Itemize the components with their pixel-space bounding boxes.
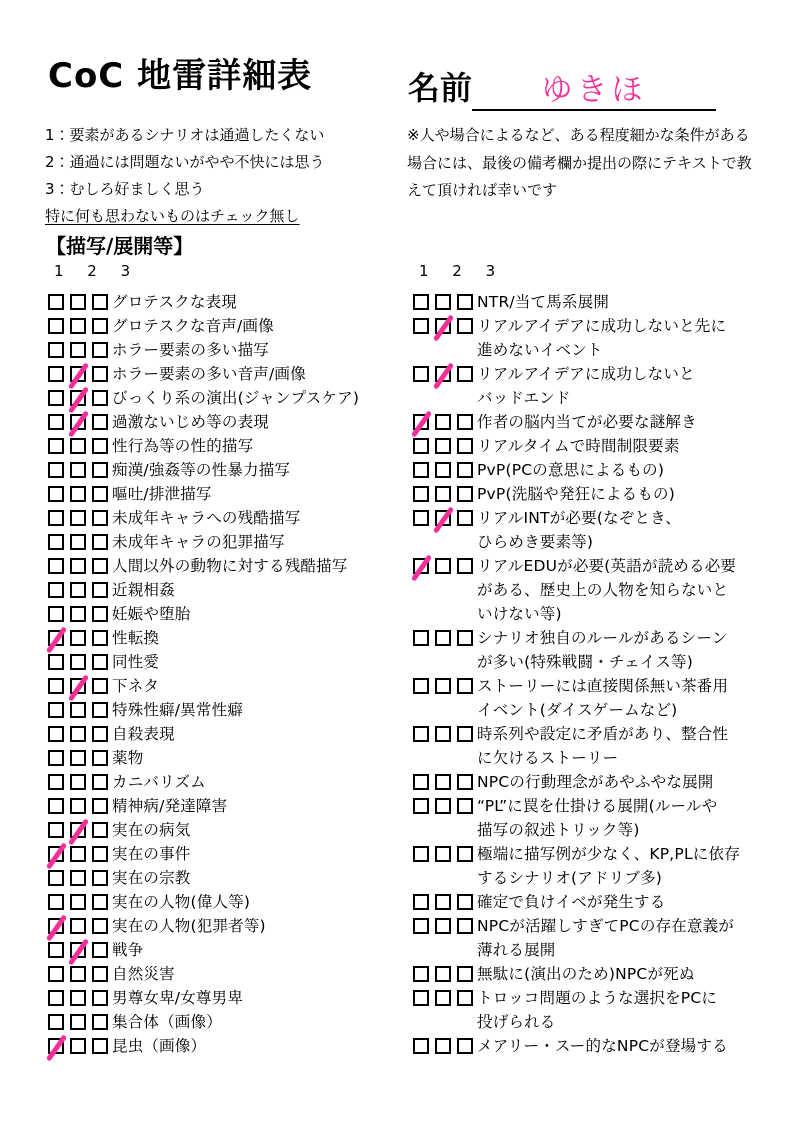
legend-line-3: 3：むしろ好ましく思う [45, 176, 325, 203]
checkbox-group [48, 890, 112, 910]
checkbox-1[interactable] [48, 726, 64, 742]
checkbox-2[interactable] [70, 870, 86, 886]
item-label: 男尊女卑/女尊男卑 [112, 986, 243, 1010]
checkbox-1[interactable] [48, 750, 64, 766]
item-label: リアルアイデアに成功しないと先に進めないイベント [477, 314, 726, 362]
item-label: NPCが活躍しすぎてPCの存在意義が薄れる展開 [477, 914, 734, 962]
checkbox-group [48, 530, 112, 550]
checkbox-1[interactable] [48, 918, 64, 934]
note-line-2: 場合には、最後の備考欄か提出の際にテキストで教 [407, 150, 787, 178]
checkbox-3[interactable] [92, 702, 108, 718]
checkbox-1[interactable] [413, 918, 429, 934]
checkbox-group [48, 770, 112, 790]
checkbox-2[interactable] [70, 774, 86, 790]
checklist-row: シナリオ独自のルールがあるシーンが多い(特殊戦闘・チェイス等) [413, 626, 788, 674]
checklist-row: 作者の脳内当てが必要な謎解き [413, 410, 788, 434]
item-label: PvP(PCの意思によるもの) [477, 458, 664, 482]
item-label: 近親相姦 [112, 578, 175, 602]
checkbox-2[interactable] [70, 990, 86, 1006]
checkbox-3[interactable] [92, 438, 108, 454]
checkmark-icon [433, 362, 454, 389]
checkbox-group [48, 818, 112, 838]
checkbox-2[interactable] [70, 318, 86, 334]
checkbox-1[interactable] [48, 414, 64, 430]
item-label: “PL”に罠を仕掛ける展開(ルールや描写の叙述トリック等) [477, 794, 717, 842]
checkbox-1[interactable] [413, 486, 429, 502]
item-label: 戦争 [112, 938, 143, 962]
checkbox-group [413, 290, 477, 310]
checkbox-2[interactable] [70, 462, 86, 478]
checkbox-1[interactable] [413, 630, 429, 646]
checkbox-2[interactable] [70, 486, 86, 502]
checkbox-group [48, 410, 112, 430]
checkbox-group [48, 938, 112, 958]
item-label: びっくり系の演出(ジャンプスケア) [112, 386, 359, 410]
checkbox-1[interactable] [413, 558, 429, 574]
checklist-row: 嘔吐/排泄描写 [48, 482, 413, 506]
checkbox-1[interactable] [413, 414, 429, 430]
item-label: リアルEDUが必要(英語が読める必要がある、歴史上の人物を知らないといけない等) [477, 554, 736, 626]
checklist-row: NTR/当て馬系展開 [413, 290, 788, 314]
checkbox-3[interactable] [92, 462, 108, 478]
item-label: 実在の宗教 [112, 866, 191, 890]
checkbox-group [413, 962, 477, 982]
checkbox-3[interactable] [457, 726, 473, 742]
checkbox-2[interactable] [435, 462, 451, 478]
checklist-row: リアルEDUが必要(英語が読める必要がある、歴史上の人物を知らないといけない等) [413, 554, 788, 626]
checkbox-group [48, 458, 112, 478]
checklist-rows-right: NTR/当て馬系展開リアルアイデアに成功しないと先に進めないイベントリアルアイデ… [413, 290, 788, 1058]
checkbox-2[interactable] [435, 918, 451, 934]
checkbox-1[interactable] [413, 894, 429, 910]
checkbox-group [48, 698, 112, 718]
rating-legend: 1：要素があるシナリオは通過したくない 2：通過には問題ないがやや不快には思う … [45, 122, 325, 230]
checkbox-3[interactable] [457, 678, 473, 694]
checkmark-icon [433, 314, 454, 341]
checklist-row: リアルアイデアに成功しないとバッドエンド [413, 362, 788, 410]
item-label: グロテスクな表現 [112, 290, 237, 314]
checkbox-1[interactable] [48, 318, 64, 334]
checkbox-2[interactable] [70, 966, 86, 982]
item-label: 実在の事件 [112, 842, 191, 866]
checkbox-2[interactable] [70, 654, 86, 670]
checkbox-2[interactable] [435, 318, 451, 334]
checklist-row: 薬物 [48, 746, 413, 770]
section-title: 【描写/展開等】 [46, 230, 193, 259]
checkbox-group [48, 794, 112, 814]
checklist-row: 時系列や設定に矛盾があり、整合性に欠けるストーリー [413, 722, 788, 770]
checkbox-1[interactable] [48, 678, 64, 694]
item-label: 実在の人物(犯罪者等) [112, 914, 266, 938]
checkbox-3[interactable] [457, 894, 473, 910]
checkbox-1[interactable] [48, 486, 64, 502]
checkbox-group [48, 986, 112, 1006]
checklist-row: PvP(洗脳や発狂によるもの) [413, 482, 788, 506]
checkbox-2[interactable] [70, 846, 86, 862]
checkbox-3[interactable] [92, 294, 108, 310]
checkbox-1[interactable] [48, 702, 64, 718]
checkbox-group [48, 650, 112, 670]
checkbox-3[interactable] [92, 942, 108, 958]
checkbox-2[interactable] [435, 558, 451, 574]
checkbox-2[interactable] [70, 414, 86, 430]
checkbox-2[interactable] [70, 366, 86, 382]
note-line-3: えて頂ければ幸いです [407, 177, 787, 205]
checklist-row: 自然災害 [48, 962, 413, 986]
checkbox-group [48, 434, 112, 454]
checklist-row: 未成年キャラへの残酷描写 [48, 506, 413, 530]
checkbox-3[interactable] [92, 798, 108, 814]
checkbox-2[interactable] [70, 630, 86, 646]
item-label: 同性愛 [112, 650, 159, 674]
item-label: 未成年キャラの犯罪描写 [112, 530, 285, 554]
checkbox-3[interactable] [92, 366, 108, 382]
item-label: カニバリズム [112, 770, 206, 794]
checkbox-2[interactable] [70, 1014, 86, 1030]
checkbox-group [48, 626, 112, 646]
checkbox-1[interactable] [48, 606, 64, 622]
checkbox-3[interactable] [92, 630, 108, 646]
item-label: 自然災害 [112, 962, 175, 986]
checkbox-3[interactable] [92, 534, 108, 550]
checkbox-group [48, 506, 112, 526]
checkbox-group [48, 722, 112, 742]
checkbox-3[interactable] [92, 558, 108, 574]
checkbox-3[interactable] [457, 798, 473, 814]
checkbox-2[interactable] [435, 294, 451, 310]
legend-note: 特に何も思わないものはチェック無し [45, 203, 325, 230]
checklist-row: リアルアイデアに成功しないと先に進めないイベント [413, 314, 788, 362]
checkbox-3[interactable] [92, 1014, 108, 1030]
checkbox-3[interactable] [92, 990, 108, 1006]
checkbox-group [413, 434, 477, 454]
item-label: 時系列や設定に矛盾があり、整合性に欠けるストーリー [477, 722, 728, 770]
checkbox-1[interactable] [413, 510, 429, 526]
checklist-row: 男尊女卑/女尊男卑 [48, 986, 413, 1010]
checkbox-1[interactable] [413, 462, 429, 478]
checkbox-3[interactable] [92, 606, 108, 622]
checkbox-group [413, 1034, 477, 1054]
checkbox-2[interactable] [70, 798, 86, 814]
checkbox-1[interactable] [48, 366, 64, 382]
checkbox-1[interactable] [413, 774, 429, 790]
name-input[interactable]: ゆきほ [472, 73, 716, 111]
checkbox-group [48, 866, 112, 886]
checkbox-1[interactable] [48, 558, 64, 574]
checkbox-3[interactable] [92, 894, 108, 910]
checkbox-2[interactable] [70, 678, 86, 694]
checkbox-2[interactable] [435, 846, 451, 862]
checkbox-1[interactable] [413, 438, 429, 454]
checkbox-2[interactable] [70, 438, 86, 454]
item-label: 未成年キャラへの残酷描写 [112, 506, 300, 530]
checkbox-1[interactable] [48, 294, 64, 310]
checkbox-3[interactable] [457, 774, 473, 790]
checklist-row: メアリー・スー的なNPCが登場する [413, 1034, 788, 1058]
checkbox-2[interactable] [435, 774, 451, 790]
checkbox-3[interactable] [92, 486, 108, 502]
checklist-row: 妊娠や堕胎 [48, 602, 413, 626]
item-label: 極端に描写例が少なく、KP,PLに依存するシナリオ(アドリブ多) [477, 842, 740, 890]
checkbox-1[interactable] [413, 846, 429, 862]
checkbox-1[interactable] [48, 798, 64, 814]
checkbox-2[interactable] [70, 342, 86, 358]
checkbox-3[interactable] [92, 870, 108, 886]
checklist-row: リアルINTが必要(なぞとき、ひらめき要素等) [413, 506, 788, 554]
checklist-row: NPCの行動理念があやふやな展開 [413, 770, 788, 794]
checkbox-group [413, 482, 477, 502]
item-label: 人間以外の動物に対する残酷描写 [112, 554, 348, 578]
checkbox-group [48, 578, 112, 598]
checkbox-1[interactable] [48, 822, 64, 838]
checklist-row: 人間以外の動物に対する残酷描写 [48, 554, 413, 578]
item-label: PvP(洗脳や発狂によるもの) [477, 482, 675, 506]
checkbox-2[interactable] [435, 798, 451, 814]
checkbox-1[interactable] [48, 390, 64, 406]
checkbox-3[interactable] [92, 390, 108, 406]
checkbox-3[interactable] [457, 966, 473, 982]
checkbox-1[interactable] [48, 534, 64, 550]
checklist-row: 性転換 [48, 626, 413, 650]
checkbox-2[interactable] [70, 558, 86, 574]
checkbox-3[interactable] [92, 966, 108, 982]
checkbox-3[interactable] [92, 318, 108, 334]
item-label: 薬物 [112, 746, 143, 770]
legend-line-1: 1：要素があるシナリオは通過したくない [45, 122, 325, 149]
checkbox-3[interactable] [92, 822, 108, 838]
checklist-row: ホラー要素の多い音声/画像 [48, 362, 413, 386]
checkbox-2[interactable] [435, 630, 451, 646]
checkbox-1[interactable] [48, 942, 64, 958]
checkbox-3[interactable] [92, 918, 108, 934]
item-label: 実在の病気 [112, 818, 191, 842]
checkbox-2[interactable] [70, 942, 86, 958]
checkbox-1[interactable] [48, 1038, 64, 1054]
checkbox-2[interactable] [70, 822, 86, 838]
checkbox-3[interactable] [92, 678, 108, 694]
checkbox-3[interactable] [92, 846, 108, 862]
item-label: NTR/当て馬系展開 [477, 290, 609, 314]
checkbox-2[interactable] [70, 1038, 86, 1054]
checkbox-1[interactable] [48, 654, 64, 670]
checkbox-2[interactable] [435, 678, 451, 694]
checkbox-1[interactable] [48, 966, 64, 982]
checkbox-2[interactable] [70, 534, 86, 550]
checklist-row: 下ネタ [48, 674, 413, 698]
item-label: 作者の脳内当てが必要な謎解き [477, 410, 697, 434]
checkbox-3[interactable] [457, 630, 473, 646]
checkbox-group [48, 362, 112, 382]
checkbox-group [48, 914, 112, 934]
checkbox-3[interactable] [457, 294, 473, 310]
checkbox-2[interactable] [70, 726, 86, 742]
checkbox-1[interactable] [48, 894, 64, 910]
checklist-row: 実在の事件 [48, 842, 413, 866]
checkbox-3[interactable] [457, 990, 473, 1006]
item-label: 性行為等の性的描写 [112, 434, 253, 458]
checkbox-group [413, 986, 477, 1006]
item-label: リアルタイムで時間制限要素 [477, 434, 680, 458]
item-label: 昆虫（画像） [112, 1034, 206, 1058]
checkbox-3[interactable] [457, 486, 473, 502]
item-label: 実在の人物(偉人等) [112, 890, 250, 914]
checkbox-1[interactable] [48, 1014, 64, 1030]
checklist-row: 痴漢/強姦等の性暴力描写 [48, 458, 413, 482]
checkbox-1[interactable] [413, 294, 429, 310]
item-label: リアルINTが必要(なぞとき、ひらめき要素等) [477, 506, 681, 554]
checkbox-2[interactable] [70, 390, 86, 406]
checkbox-1[interactable] [413, 318, 429, 334]
item-label: シナリオ独自のルールがあるシーンが多い(特殊戦闘・チェイス等) [477, 626, 727, 674]
checklist-row: NPCが活躍しすぎてPCの存在意義が薄れる展開 [413, 914, 788, 962]
checkmark-icon [433, 506, 454, 533]
checkbox-group [48, 674, 112, 694]
checkbox-2[interactable] [435, 1038, 451, 1054]
checkbox-3[interactable] [92, 726, 108, 742]
checkbox-1[interactable] [48, 582, 64, 598]
checklist-row: グロテスクな音声/画像 [48, 314, 413, 338]
checkbox-3[interactable] [457, 558, 473, 574]
checkbox-3[interactable] [92, 510, 108, 526]
checkbox-1[interactable] [48, 990, 64, 1006]
checkbox-1[interactable] [413, 726, 429, 742]
checkbox-3[interactable] [457, 918, 473, 934]
checkbox-2[interactable] [70, 606, 86, 622]
checkbox-3[interactable] [92, 582, 108, 598]
checkbox-3[interactable] [457, 846, 473, 862]
checkbox-group [48, 386, 112, 406]
item-label: 集合体（画像） [112, 1010, 222, 1034]
checklist-row: 集合体（画像） [48, 1010, 413, 1034]
checkbox-group [48, 554, 112, 574]
checkbox-group [48, 842, 112, 862]
checklist-row: びっくり系の演出(ジャンプスケア) [48, 386, 413, 410]
item-label: ホラー要素の多い描写 [112, 338, 269, 362]
checkbox-2[interactable] [435, 510, 451, 526]
checkbox-2[interactable] [70, 702, 86, 718]
checkbox-1[interactable] [48, 342, 64, 358]
checklist-row: PvP(PCの意思によるもの) [413, 458, 788, 482]
checklist-row: 近親相姦 [48, 578, 413, 602]
checklist-row: 自殺表現 [48, 722, 413, 746]
checkbox-group [48, 602, 112, 622]
item-label: 確定で負けイベが発生する [477, 890, 665, 914]
name-label: 名前 [408, 66, 472, 111]
checklist-row: 過激ないじめ等の表現 [48, 410, 413, 434]
scale-header-right: 1 2 3 [419, 262, 788, 290]
checkbox-2[interactable] [70, 750, 86, 766]
checkbox-group [48, 746, 112, 766]
checklist-row: グロテスクな表現 [48, 290, 413, 314]
checklist: 1 2 3 グロテスクな表現グロテスクな音声/画像ホラー要素の多い描写ホラー要素… [48, 262, 788, 1058]
checklist-row: 昆虫（画像） [48, 1034, 413, 1058]
checklist-row: 同性愛 [48, 650, 413, 674]
checkbox-3[interactable] [92, 654, 108, 670]
item-label: 嘔吐/排泄描写 [112, 482, 212, 506]
checkbox-3[interactable] [92, 774, 108, 790]
checklist-column-left: 1 2 3 グロテスクな表現グロテスクな音声/画像ホラー要素の多い描写ホラー要素… [48, 262, 413, 1058]
checkbox-2[interactable] [70, 582, 86, 598]
item-label: グロテスクな音声/画像 [112, 314, 274, 338]
item-label: 下ネタ [112, 674, 159, 698]
checkbox-2[interactable] [70, 894, 86, 910]
checkbox-2[interactable] [435, 366, 451, 382]
checkbox-2[interactable] [435, 966, 451, 982]
coc-trigger-sheet: CoC 地雷詳細表 名前ゆきほ 1：要素があるシナリオは通過したくない 2：通過… [0, 0, 800, 1131]
checkbox-1[interactable] [413, 966, 429, 982]
name-field: 名前ゆきほ [408, 66, 718, 111]
item-label: 特殊性癖/異常性癖 [112, 698, 243, 722]
checkbox-3[interactable] [457, 462, 473, 478]
checkbox-1[interactable] [48, 510, 64, 526]
checkmark-icon [411, 554, 432, 581]
checkbox-1[interactable] [413, 798, 429, 814]
checkbox-3[interactable] [92, 414, 108, 430]
checkbox-1[interactable] [48, 462, 64, 478]
checkbox-group [48, 314, 112, 334]
checkbox-1[interactable] [413, 678, 429, 694]
checkbox-1[interactable] [413, 990, 429, 1006]
checkbox-3[interactable] [457, 366, 473, 382]
checkbox-group [48, 1010, 112, 1030]
checklist-row: “PL”に罠を仕掛ける展開(ルールや描写の叙述トリック等) [413, 794, 788, 842]
checkbox-3[interactable] [92, 1038, 108, 1054]
item-label: 妊娠や堕胎 [112, 602, 191, 626]
checkbox-1[interactable] [48, 630, 64, 646]
checkbox-1[interactable] [48, 870, 64, 886]
checklist-row: 極端に描写例が少なく、KP,PLに依存するシナリオ(アドリブ多) [413, 842, 788, 890]
checklist-row: 精神病/発達障害 [48, 794, 413, 818]
checkbox-1[interactable] [413, 1038, 429, 1054]
checkbox-1[interactable] [48, 438, 64, 454]
checkbox-group [48, 1034, 112, 1054]
checkbox-1[interactable] [48, 846, 64, 862]
conditions-note: ※人や場合によるなど、ある程度細かな条件がある 場合には、最後の備考欄か提出の際… [407, 122, 787, 205]
checkbox-2[interactable] [435, 990, 451, 1006]
item-label: 性転換 [112, 626, 159, 650]
checklist-row: 戦争 [48, 938, 413, 962]
checkbox-group [413, 506, 477, 526]
checkbox-2[interactable] [435, 438, 451, 454]
checklist-row: 確定で負けイベが発生する [413, 890, 788, 914]
item-label: ホラー要素の多い音声/画像 [112, 362, 306, 386]
item-label: 精神病/発達障害 [112, 794, 227, 818]
checkbox-2[interactable] [70, 510, 86, 526]
checklist-column-right: 1 2 3 NTR/当て馬系展開リアルアイデアに成功しないと先に進めないイベント… [413, 262, 788, 1058]
checkbox-3[interactable] [457, 414, 473, 430]
checkbox-3[interactable] [457, 510, 473, 526]
checkbox-2[interactable] [70, 294, 86, 310]
checkmark-icon [46, 1034, 67, 1061]
checkbox-2[interactable] [435, 726, 451, 742]
item-label: 自殺表現 [112, 722, 175, 746]
checkbox-3[interactable] [457, 438, 473, 454]
checkbox-group [48, 290, 112, 310]
checkbox-3[interactable] [92, 750, 108, 766]
checkbox-2[interactable] [435, 894, 451, 910]
checkbox-1[interactable] [413, 366, 429, 382]
checkbox-3[interactable] [92, 342, 108, 358]
checkbox-group [48, 482, 112, 502]
checkbox-2[interactable] [435, 414, 451, 430]
checkbox-2[interactable] [435, 486, 451, 502]
checkbox-2[interactable] [70, 918, 86, 934]
checkbox-3[interactable] [457, 1038, 473, 1054]
item-label: ストーリーには直接関係無い茶番用イベント(ダイスゲームなど) [477, 674, 728, 722]
checkbox-1[interactable] [48, 774, 64, 790]
checklist-row: 実在の病気 [48, 818, 413, 842]
checkbox-3[interactable] [457, 318, 473, 334]
